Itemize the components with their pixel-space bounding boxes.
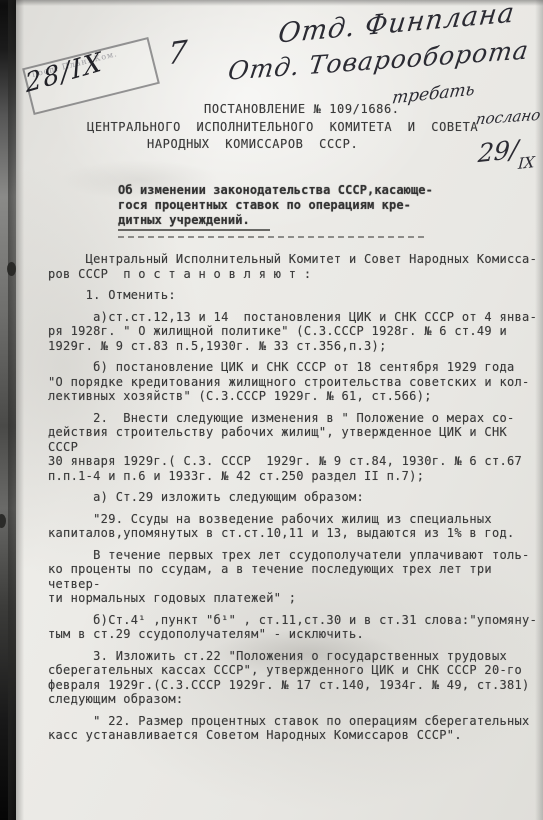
handwritten-note-small: требать [391,79,476,108]
paragraph-point-3: 3. Изложить ст.22 "Положения о государст… [48,649,540,707]
subject-underline-dashed [118,236,424,238]
handwritten-note-poslano: послано [474,106,542,129]
issuer-line-1: ЦЕНТРАЛЬНОГО ИСПОЛНИТЕЛЬНОГО КОМИТЕТА И … [87,120,478,134]
handwritten-date-month: IX [517,153,535,173]
hole-punch [7,262,16,276]
issuer-line-2: НАРОДНЫХ КОМИССАРОВ СССР. [147,137,358,151]
decree-body: Центральный Исполнительный Комитет и Сов… [48,252,540,750]
subject-underline [118,229,270,231]
paragraph-point-2a: а) Ст.29 изложить следующим образом: [48,490,540,505]
paragraph-article-29-cont: В течение первых трех лет ссудополучател… [48,548,540,606]
handwritten-date: 29/IX [477,133,536,168]
handwritten-number: 7 [167,34,188,72]
subject-heading: Об изменении законодательства СССР,касаю… [118,183,458,227]
paragraph-article-29: "29. Ссуды на возведение рабочих жилищ и… [48,512,540,541]
scanned-decree-page: Госп. План. Ком. 28/IX 7 Отд. Финплана О… [0,0,543,820]
paragraph-point-1b: б) постановление ЦИК и СНК СССР от 18 се… [48,360,540,404]
paragraph-article-22: " 22. Размер процентных ставок по операц… [48,714,540,743]
paragraph-point-1a: а)ст.ст.12,13 и 14 постановления ЦИК и С… [48,310,540,354]
handwritten-date-day: 29/ [477,135,519,169]
paragraph-point-2b: б)Ст.4¹ ,пункт "б¹" , ст.11,ст.30 и в ст… [48,613,540,642]
paragraph-point-2: 2. Внести следующие изменения в " Положе… [48,411,540,484]
handwritten-note-tovarooborot: Отд. Товарооборота [226,35,531,85]
binding-shadow-fade [8,0,26,820]
paragraph-point-1: 1. Отменить: [48,288,540,303]
decree-number-line: ПОСТАНОВЛЕНИЕ № 109/1686. [204,102,400,116]
paragraph-preamble: Центральный Исполнительный Комитет и Сов… [48,252,540,281]
